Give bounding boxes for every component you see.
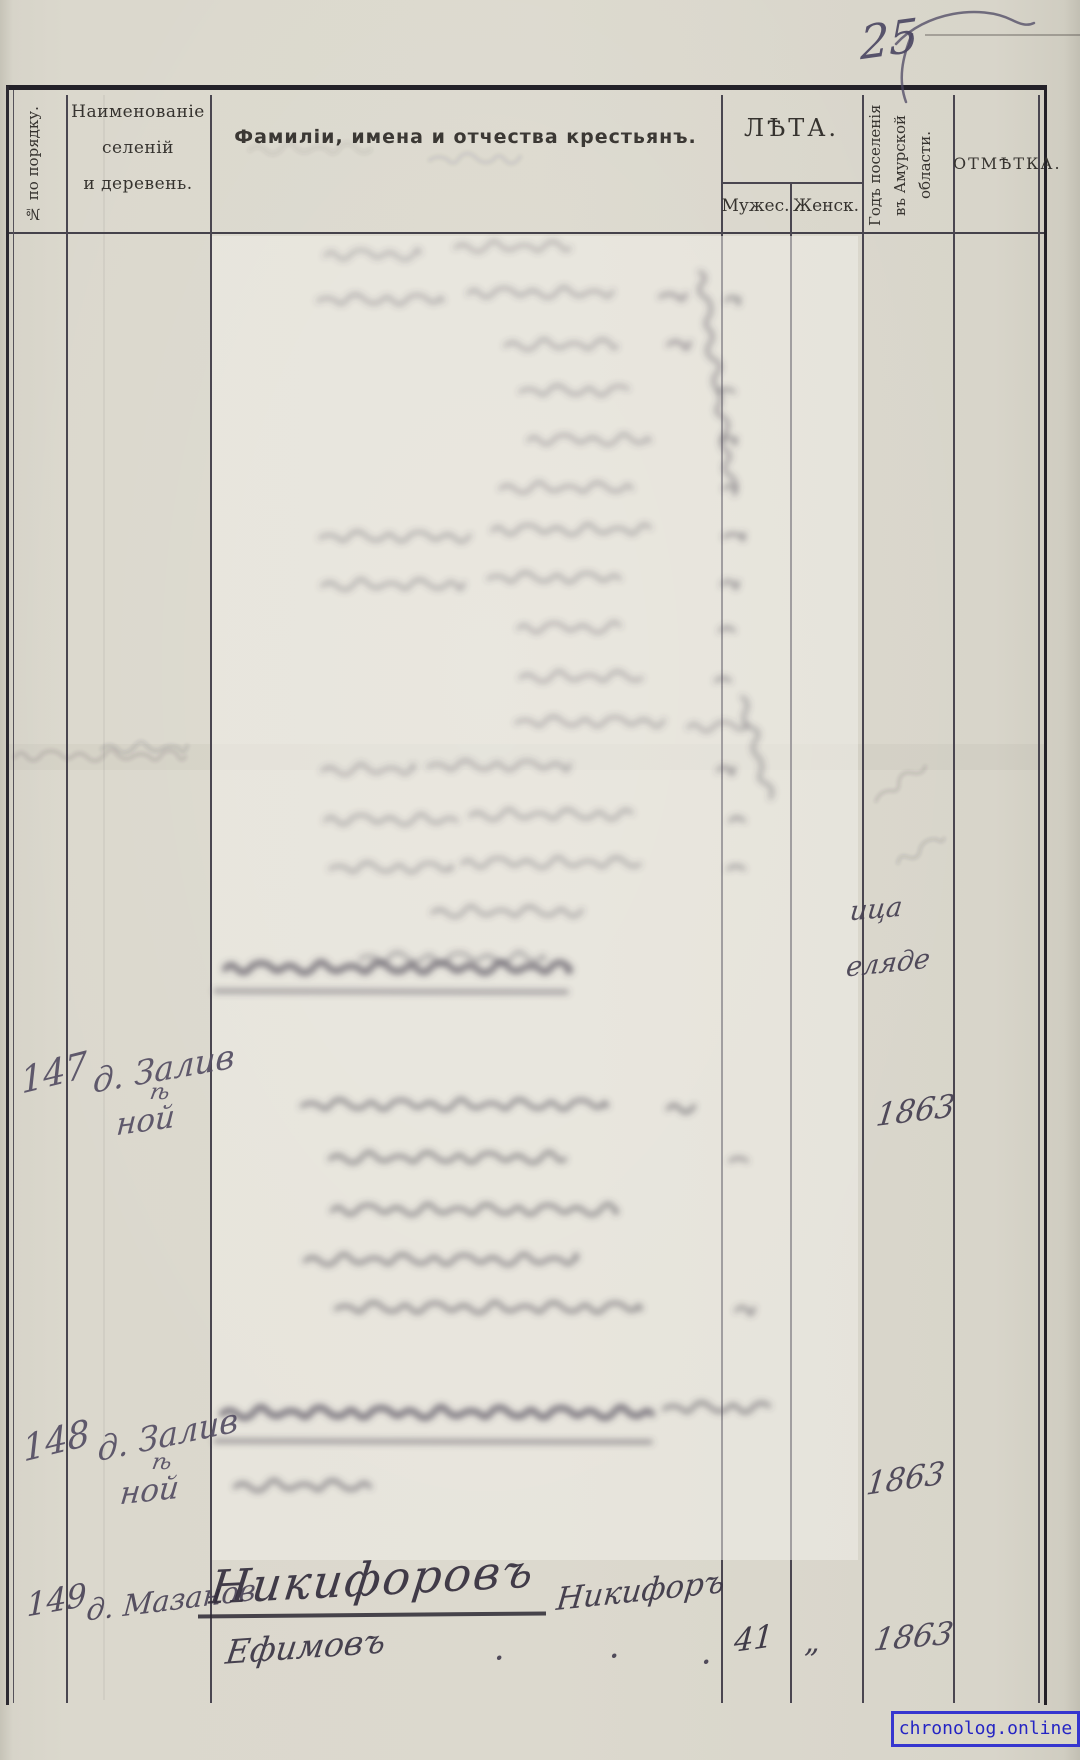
- column-header-number: № по порядку.: [24, 97, 42, 233]
- row-148-settlement-line2: ной: [119, 1473, 181, 1511]
- row-149-given-name: Никифоръ: [555, 1567, 726, 1616]
- row-149-dot-3: ·: [702, 1650, 710, 1674]
- right-border-outer: [1044, 86, 1047, 1705]
- col-line-year-note: [953, 95, 955, 1703]
- page-number: 25: [860, 12, 918, 67]
- row-148-number: 148: [22, 1415, 91, 1468]
- row-149-patronymic: Ефимовъ: [224, 1624, 388, 1669]
- row-149-settle-year: 1863: [872, 1618, 956, 1656]
- scanned-ledger-page: № по порядку. Наименованіе селеній и дер…: [0, 0, 1080, 1760]
- row-147-number: 147: [20, 1047, 89, 1100]
- column-header-settlement-line1: Наименованіе: [66, 102, 210, 122]
- column-header-settlement-line3: и деревень.: [66, 174, 210, 194]
- years-subheader-rule: [721, 182, 862, 184]
- column-header-note: ОТМѢТКА.: [953, 154, 1040, 173]
- marginal-word-2: еляде: [845, 945, 932, 981]
- column-header-settle-year-line2: въ Амурской: [891, 97, 909, 233]
- row-147-settlement-line2: ной: [115, 1102, 176, 1142]
- left-border-inner: [13, 90, 14, 1703]
- column-header-years-group: ЛѢТА.: [721, 114, 862, 142]
- table-top-border: [6, 85, 1047, 90]
- row-147-settle-year: 1863: [874, 1091, 956, 1132]
- column-header-settlement-line2: селеній: [66, 138, 210, 158]
- row-148-settle-year: 1863: [865, 1458, 946, 1501]
- row-149-male-age: 41: [733, 1621, 774, 1658]
- column-header-male: Мужес.: [721, 196, 790, 216]
- row-149-dot-1: ·: [495, 1646, 503, 1670]
- blurred-region-overlay: [212, 236, 858, 1560]
- row-149-female-ditto: „: [804, 1628, 820, 1658]
- row-149-number: 149: [26, 1578, 86, 1621]
- col-line-no: [66, 95, 68, 1703]
- marginal-word-1: ица: [848, 894, 903, 926]
- row-149-dot-2: ·: [610, 1644, 618, 1668]
- column-header-settle-year-line1: Годъ поселенія: [866, 97, 884, 233]
- left-border-outer: [6, 86, 9, 1705]
- row-149-surname-underline: [198, 1611, 546, 1618]
- sheet-edge-line: [925, 34, 1080, 36]
- column-header-female: Женск.: [790, 196, 862, 216]
- right-border-inner: [1038, 95, 1040, 1703]
- column-header-settle-year-line3: области.: [916, 97, 934, 233]
- column-header-names: Фамиліи, имена и отчества крестьянъ.: [210, 126, 721, 148]
- watermark: chronolog.online: [891, 1711, 1080, 1747]
- header-bottom-rule: [6, 232, 1044, 234]
